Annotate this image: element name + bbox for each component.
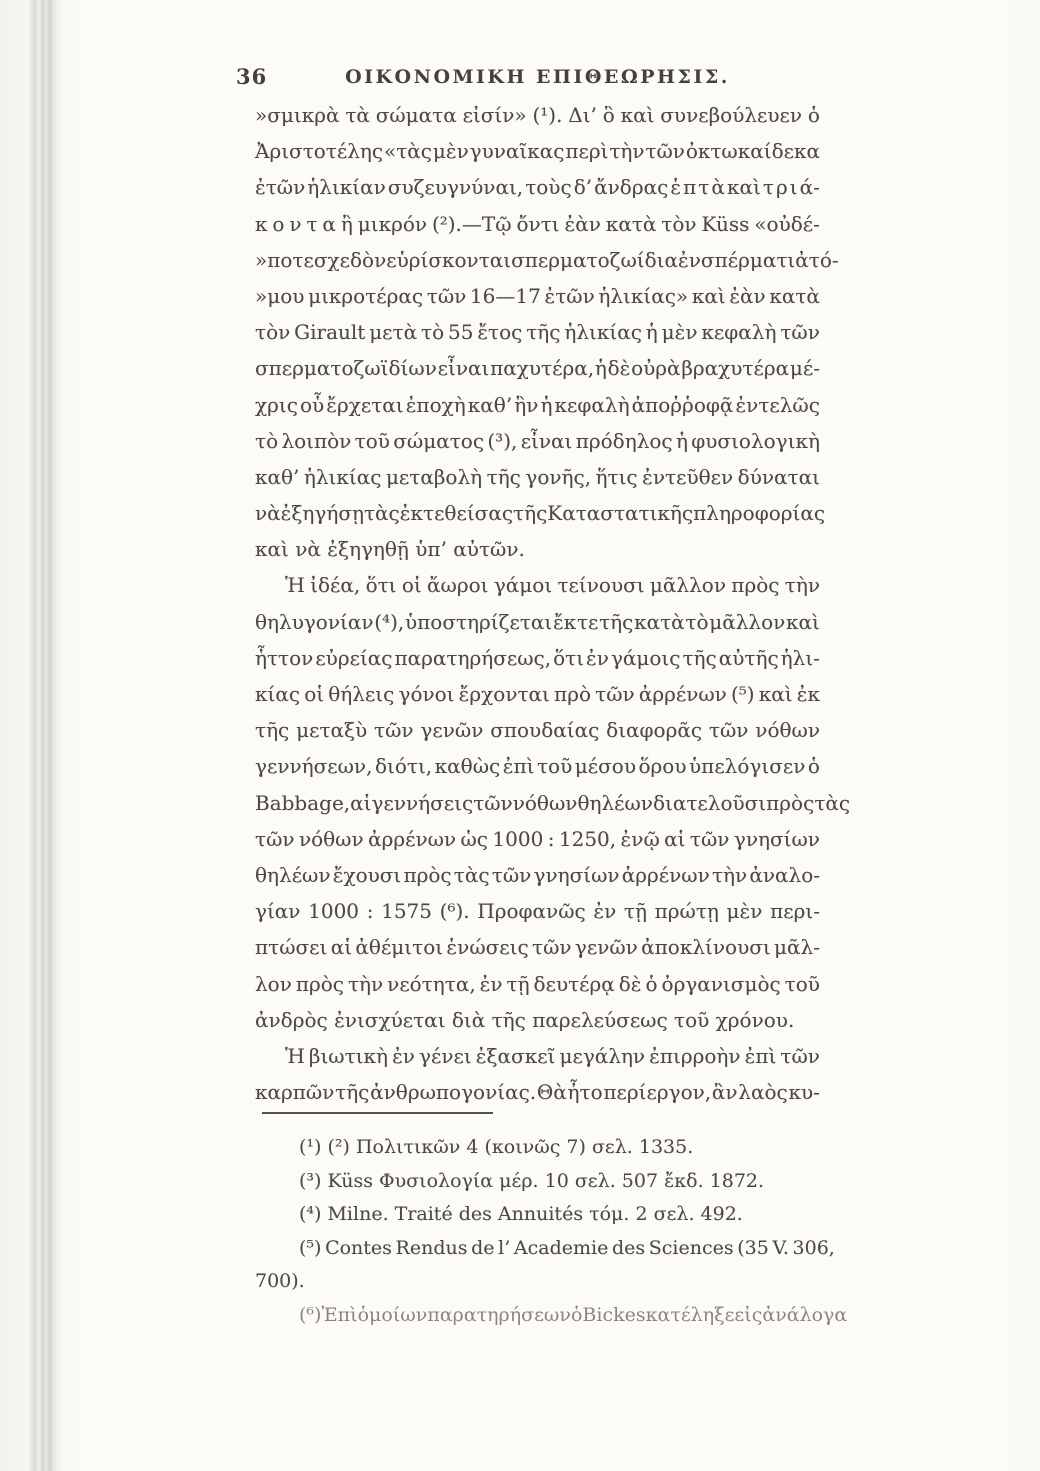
- body-line: καθ’ἡλικίαςμεταβολὴτῆςγονῆς,ἥτιςἐντεῦθεν…: [255, 459, 820, 495]
- paragraph: Ἡβιωτικὴἐνγένειἐξασκεῖμεγάληνἐπιρροὴνἐπὶ…: [255, 1038, 820, 1110]
- body-line: κίαςοἱθήλειςγόνοιἔρχονταιπρὸτῶνἀρρένων(⁵…: [255, 676, 820, 712]
- binding-gutter-shadow: [28, 0, 64, 1471]
- footnote-line: (⁶)ἘπὶὁμοίωνπαρατηρήσεωνὁBickesκατέληξεε…: [255, 1299, 835, 1333]
- body-line: τὸνGiraultμετὰτὸ55ἔτοςτῆςἡλικίαςἡμὲνκεφα…: [255, 314, 820, 350]
- footnote-line: (³) Küss Φυσιολογία μέρ. 10 σελ. 507 ἔκδ…: [255, 1165, 835, 1199]
- scanned-book-page: 36 ΟΙΚΟΝΟΜΙΚΗ ΕΠΙΘΕΩΡΗΣΙΣ. »σμικρὰτὰσώμα…: [0, 0, 1040, 1471]
- running-header: ΟΙΚΟΝΟΜΙΚΗ ΕΠΙΘΕΩΡΗΣΙΣ.: [255, 66, 820, 88]
- body-line: σπερματοζωϊδίωνεἶναιπαχυτέρα,ἡδὲοὐρὰβραχ…: [255, 350, 820, 386]
- body-line: ἀνδρὸς ἐνισχύεται διὰ τῆς παρελεύσεως το…: [255, 1002, 820, 1038]
- paragraph: Ἡἰδέα,ὅτιοἱἄωροιγάμοιτείνουσιμᾶλλονπρὸςτ…: [255, 567, 820, 1037]
- body-line: γεννήσεων,διότι,καθὼςἐπὶτοῦμέσουὅρουὑπελ…: [255, 748, 820, 784]
- body-line: θηλυγονίαν(⁴),ὑποστηρίζεταιἔκτετῆςκατὰτὸ…: [255, 604, 820, 640]
- body-line: Ἡβιωτικὴἐνγένειἐξασκεῖμεγάληνἐπιρροὴνἐπὶ…: [255, 1038, 820, 1074]
- body-line: Ἀριστοτέλης«τὰςμὲνγυναῖκαςπερὶτὴντῶνὀκτω…: [255, 133, 820, 169]
- body-line: καρπῶντῆςἀνθρωπογονίας.Θὰἦτοπερίεργον,ἂν…: [255, 1074, 820, 1110]
- body-line: Ἡἰδέα,ὅτιοἱἄωροιγάμοιτείνουσιμᾶλλονπρὸςτ…: [255, 567, 820, 603]
- body-line: τὸλοιπὸντοῦσώματος(³),εἶναιπρόδηλοςἡφυσι…: [255, 423, 820, 459]
- paragraph: »σμικρὰτὰσώματαεἰσίν»(¹).Δι’ὃκαὶσυνεβούλ…: [255, 97, 820, 567]
- body-line: κονταἢμικρόν(²).—ΤῷὄντιἐὰνκατὰτὸνKüss«οὐ…: [255, 206, 820, 242]
- footnote-separator-rule: [262, 1112, 493, 1114]
- footnote-line: (¹) (²) Πολιτικῶν 4 (κοινῶς 7) σελ. 1335…: [255, 1131, 835, 1165]
- body-line: τῆςμεταξὺτῶνγενῶνσπουδαίαςδιαφορᾶςτῶννόθ…: [255, 712, 820, 748]
- footnote-line: (⁵)ContesRendusdel’AcademiedesSciences(3…: [255, 1232, 835, 1266]
- body-line: γίαν1000:1575(⁶).Προφανῶςἐντῇπρώτῃμὲνπερ…: [255, 893, 820, 929]
- body-line: θηλέωνἔχουσιπρὸςτὰςτῶνγνησίωνἀρρένωντὴνἀ…: [255, 857, 820, 893]
- body-line: Babbage,αἱγεννήσειςτῶννόθωνθηλέωνδιατελο…: [255, 785, 820, 821]
- footnote-line: (⁴) Milne. Traité des Annuités τόμ. 2 σε…: [255, 1198, 835, 1232]
- body-text: »σμικρὰτὰσώματαεἰσίν»(¹).Δι’ὃκαὶσυνεβούλ…: [255, 97, 820, 1110]
- body-line: »ποτεσχεδὸνεὑρίσκονταισπερματοζωίδιαἐνσπ…: [255, 242, 820, 278]
- body-line: ἧττονεὐρείαςπαρατηρήσεως,ὅτιἐνγάμοιςτῆςα…: [255, 640, 820, 676]
- footnote-line: 700).: [255, 1265, 835, 1299]
- body-line: τῶννόθωνἀρρένωνὡς1000:1250,ἐνῷαἱτῶνγνησί…: [255, 821, 820, 857]
- body-line: ἐτῶνἡλικίανσυζευγνύναι,τοὺςδ’ἄνδραςἑπτὰκ…: [255, 169, 820, 205]
- body-line: πτώσειαἱἀθέμιτοιἑνώσειςτῶνγενῶνἀποκλίνου…: [255, 929, 820, 965]
- body-line: »σμικρὰτὰσώματαεἰσίν»(¹).Δι’ὃκαὶσυνεβούλ…: [255, 97, 820, 133]
- body-line: »μουμικροτέραςτῶν16—17ἐτῶνἡλικίας»καὶἐὰν…: [255, 278, 820, 314]
- body-line: λονπρὸςτὴννεότητα,ἐντῇδευτέρᾳδὲὁὀργανισμ…: [255, 966, 820, 1002]
- body-line: νὰἐξηγήσῃτὰςἐκτεθείσαςτῆςΚαταστατικῆςπλη…: [255, 495, 820, 531]
- body-line: καὶ νὰ ἐξηγηθῇ ὑπ’ αὐτῶν.: [255, 531, 820, 567]
- footnotes: (¹) (²) Πολιτικῶν 4 (κοινῶς 7) σελ. 1335…: [255, 1131, 835, 1332]
- body-line: χριςοὗἔρχεταιἐποχὴκαθ’ἣνἡκεφαλὴἀποῤῥοφᾷἐ…: [255, 387, 820, 423]
